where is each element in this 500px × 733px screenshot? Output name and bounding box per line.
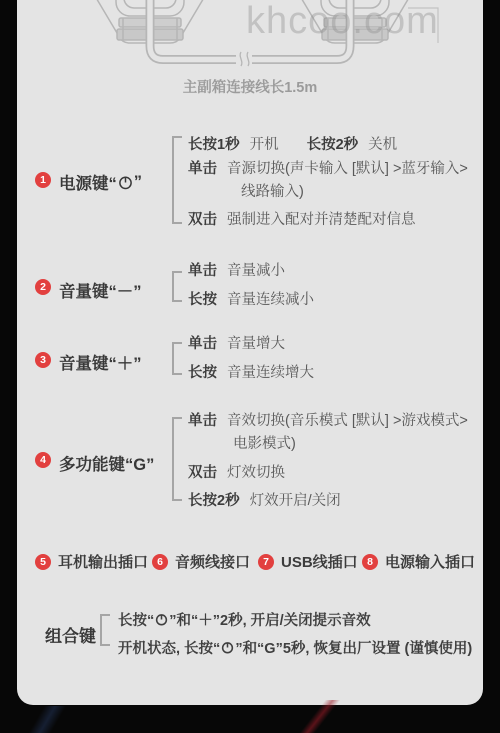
port-audio: 6 音频线接口 [152,551,250,572]
badge-4: 4 [35,452,51,468]
effect-volume-down-cont: 音量连续减小 [227,292,314,309]
badge-8: 8 [362,554,378,570]
background-glow-blue [0,706,95,733]
effect-volume-up: 音量增大 [227,336,285,353]
action-click: 单击 [188,336,217,353]
watermark-text: khcoo.com [246,0,496,43]
port-headphone: 5 耳机输出插口 [35,551,148,572]
port-audio-label: 音频线接口 [175,551,250,572]
row-volplus-click: 单击 音量增大 [188,336,285,353]
action-longpress: 长按 [188,292,217,309]
effect-volume-up-cont: 音量连续增大 [227,365,314,382]
bracket-volume-minus [172,271,182,302]
effect-eq-switch-line1: 音效切换(音乐模式 [默认] >游戏模式> [227,410,468,433]
action-longpress-2s: 长按2秒 [307,137,359,154]
power-key-label: 电源键“ ” [59,170,142,194]
power-key-label-pre: 电源键“ [59,170,117,194]
action-doubleclick: 双击 [188,465,217,482]
power-icon [221,641,234,654]
bracket-volume-plus [172,342,182,375]
combo-line2-post: ”和“G”5秒, 恢复出厂设置 (谨慎使用) [235,637,472,658]
badge-6: 6 [152,554,168,570]
row-power-click: 单击 音源切换(声卡输入 [默认] >蓝牙输入> 线路输入) [188,161,468,204]
row-volminus-hold: 长按 音量连续减小 [188,292,314,309]
volume-minus-label: 音量键“－” [59,278,142,302]
effect-eq-switch-line2: 电影模式) [227,433,468,456]
port-usb-label: USB线插口 [281,551,358,572]
effect-pairing: 强制进入配对并清楚配对信息 [227,212,416,229]
row-volminus-click: 单击 音量减小 [188,263,285,280]
row-g-hold: 长按2秒 灯效开启/关闭 [188,493,341,510]
manual-page: khcoo.com 主副箱连接线长1.5m 1 电源键“ ” 长按1秒 开机 长… [0,0,500,733]
port-usb: 7 USB线插口 [258,551,358,572]
bracket-power [172,136,182,224]
action-click: 单击 [188,263,217,280]
multifunction-label: 多功能键“G” [59,451,154,475]
power-icon [155,613,168,626]
volume-plus-label: 音量键“＋” [59,350,142,374]
bracket-combo [100,614,110,646]
badge-5: 5 [35,554,51,570]
badge-1: 1 [35,172,51,188]
bracket-multifunction [172,417,182,501]
combo-label: 组合键 [45,622,96,647]
row-power-onoff: 长按1秒 开机 长按2秒 关机 [188,137,397,154]
row-power-doubleclick: 双击 强制进入配对并清楚配对信息 [188,212,416,229]
effect-volume-down: 音量减小 [227,263,285,280]
action-click: 单击 [188,161,217,178]
power-key-label-post: ” [134,173,142,192]
port-power-in-label: 电源输入插口 [385,551,475,572]
cable-length-caption: 主副箱连接线长1.5m [17,76,483,97]
port-headphone-label: 耳机输出插口 [58,551,148,572]
effect-light-toggle: 灯效开启/关闭 [250,493,341,510]
effect-source-switch-line1: 音源切换(声卡输入 [默认] >蓝牙输入> [227,158,468,181]
action-click: 单击 [188,413,217,430]
badge-7: 7 [258,554,274,570]
combo-line1-post: ”和“＋”2秒, 开启/关闭提示音效 [169,609,370,630]
combo-line1-pre: 长按“ [118,609,154,630]
badge-3: 3 [35,352,51,368]
row-g-click: 单击 音效切换(音乐模式 [默认] >游戏模式> 电影模式) [188,413,468,456]
effect-source-switch-line2: 线路输入) [227,181,468,204]
effect-power-off: 关机 [368,137,397,154]
action-longpress-2s: 长按2秒 [188,493,240,510]
action-longpress-1s: 长按1秒 [188,137,240,154]
combo-line-factory-reset: 开机状态, 长按“ ”和“G”5秒, 恢复出厂设置 (谨慎使用) [118,637,472,658]
row-volplus-hold: 长按 音量连续增大 [188,365,314,382]
badge-2: 2 [35,279,51,295]
effect-power-on: 开机 [250,137,279,154]
action-doubleclick: 双击 [188,212,217,229]
combo-line2-pre: 开机状态, 长按“ [118,637,220,658]
power-icon [118,175,133,190]
combo-line-beep: 长按“ ”和“＋”2秒, 开启/关闭提示音效 [118,609,371,630]
action-longpress: 长按 [188,365,217,382]
port-power-in: 8 电源输入插口 [362,551,475,572]
row-g-doubleclick: 双击 灯效切换 [188,465,285,482]
effect-light-switch: 灯效切换 [227,465,285,482]
